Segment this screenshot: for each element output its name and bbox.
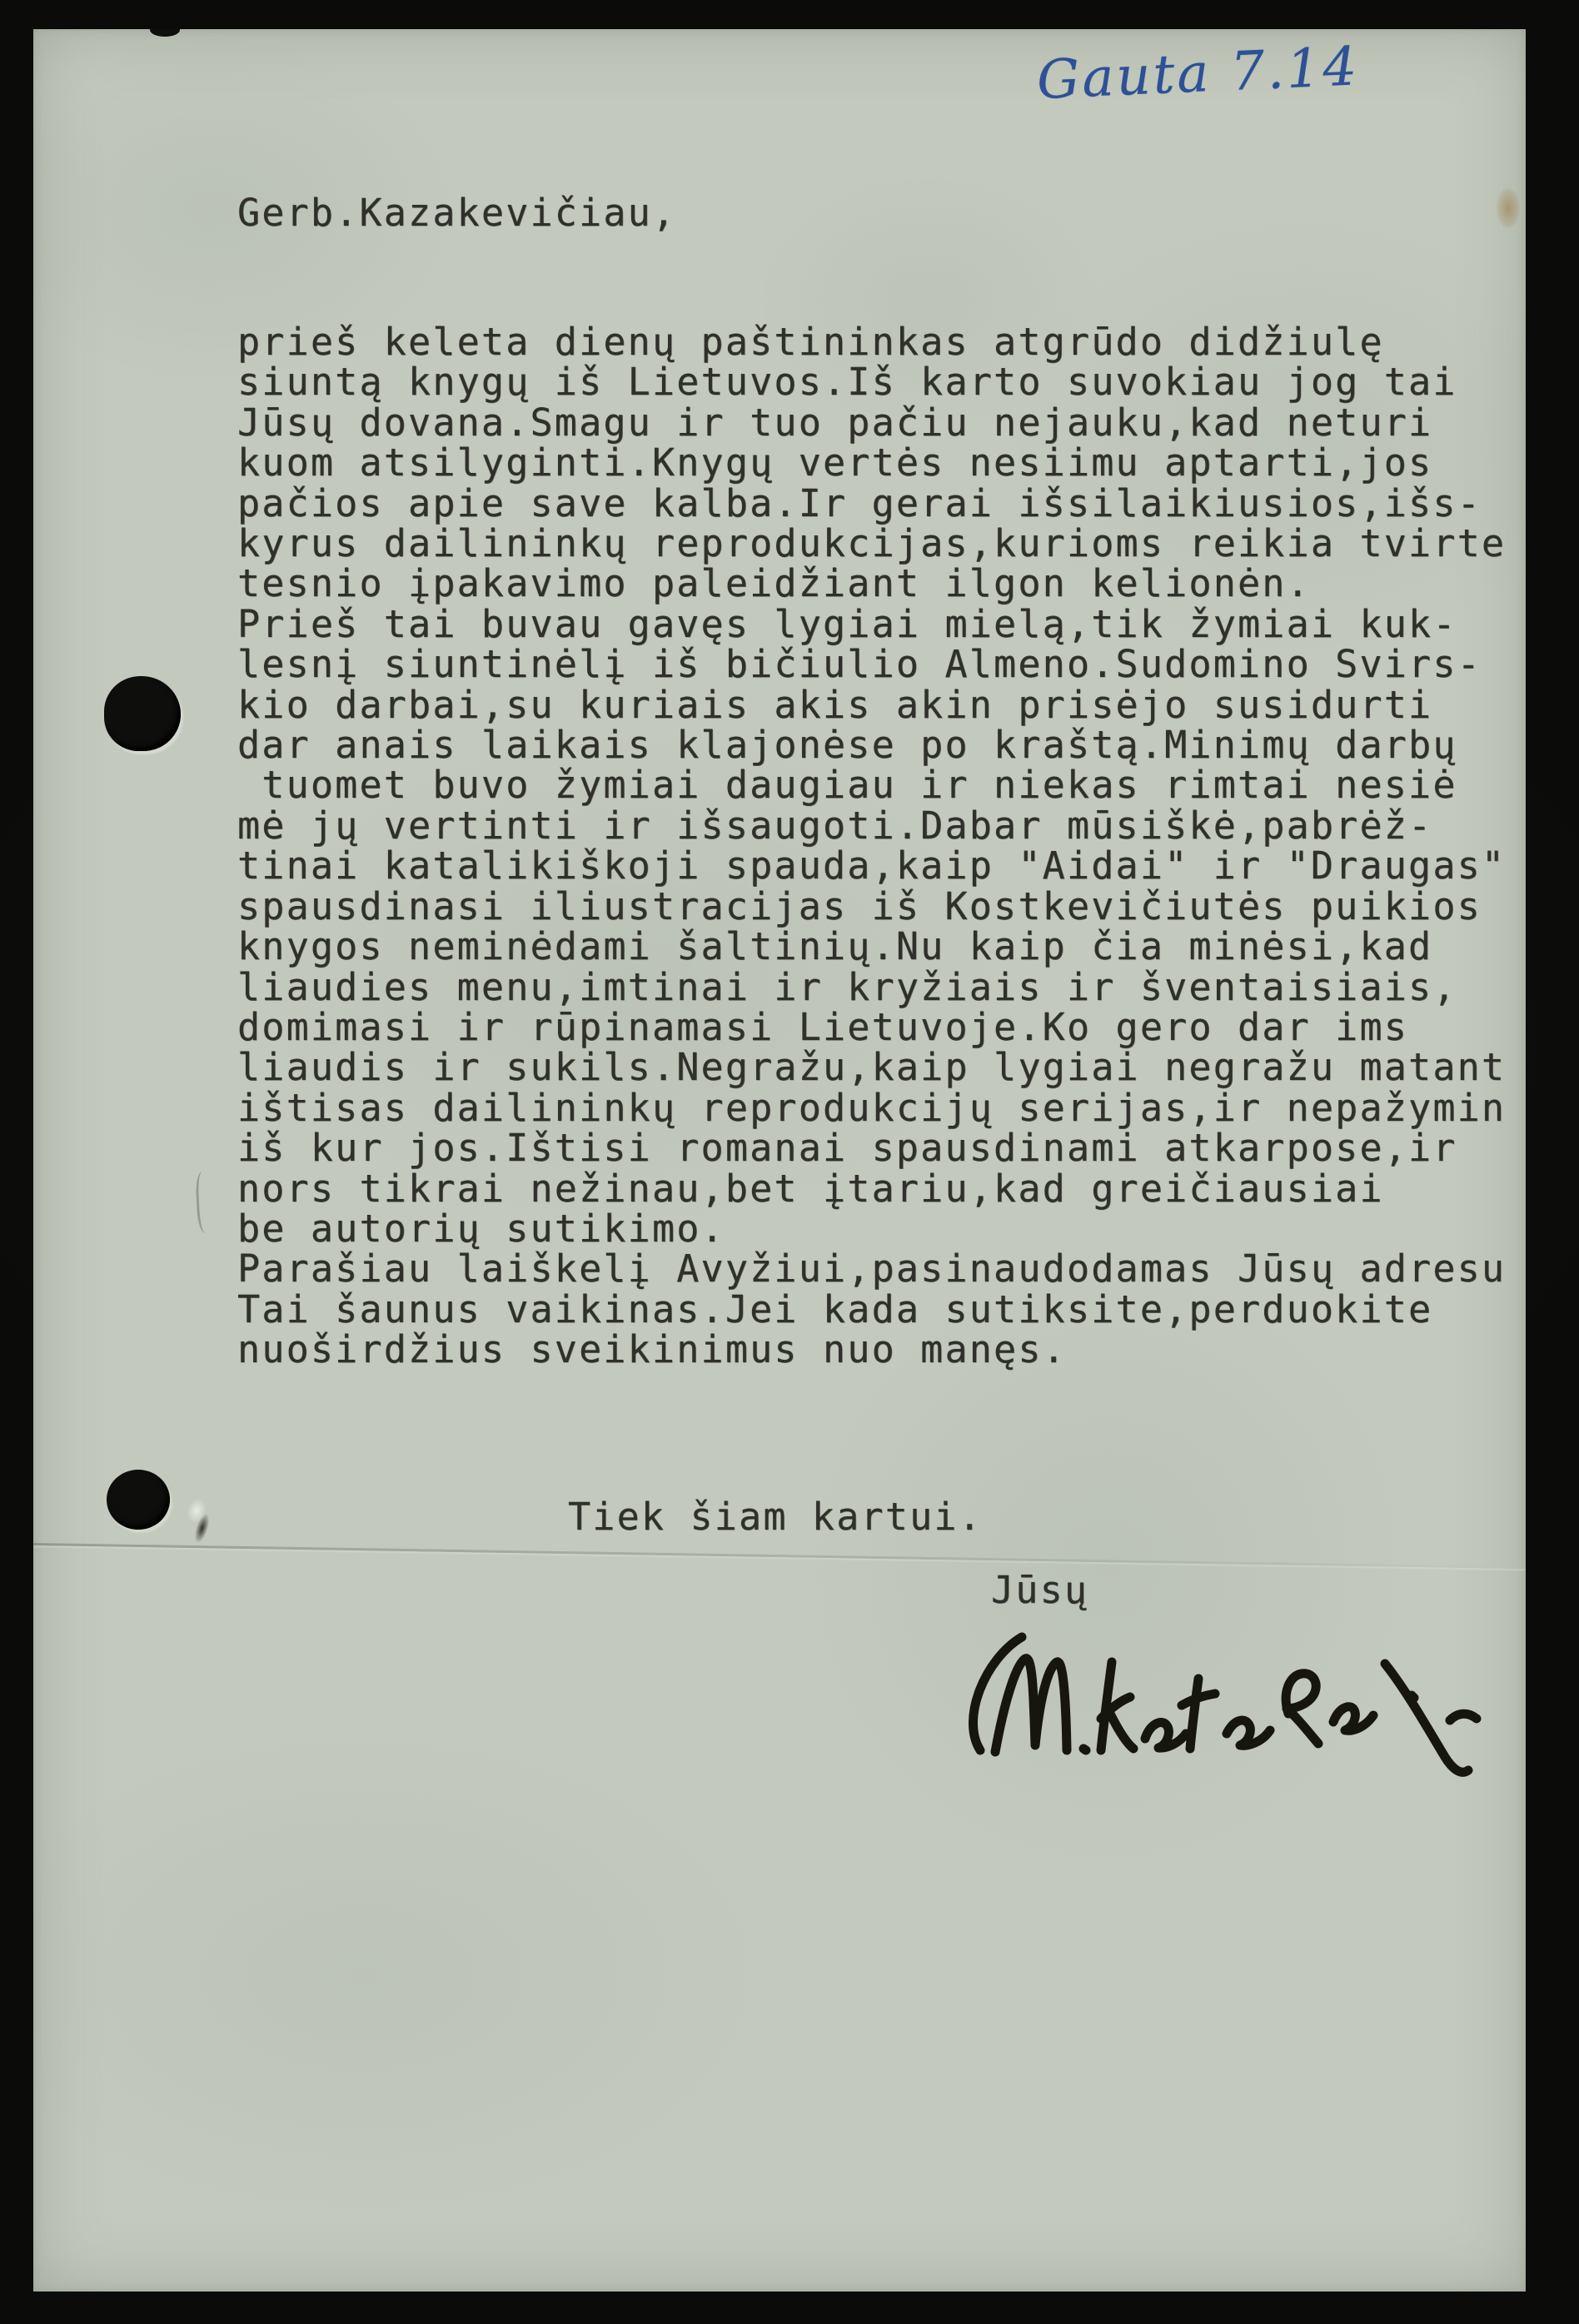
- letter-line: dar anais laikais klajonėse po kraštą.Mi…: [237, 725, 1506, 765]
- letter-page: Gauta 7.14 Gerb.Kazakevičiau, prieš kele…: [33, 29, 1526, 2292]
- letter-line: tinai katalikiškoji spauda,kaip "Aidai" …: [237, 846, 1506, 886]
- signature-stroke: [995, 1659, 1067, 1752]
- letter-line: kio darbai,su kuriais akis akin prisėjo …: [237, 685, 1506, 725]
- signature-stroke: [1083, 1749, 1086, 1750]
- letter-line: tesnio įpakavimo paleidžiant ilgon kelio…: [237, 564, 1506, 604]
- letter-line: be autorių sutikimo.: [237, 1209, 1506, 1249]
- signature-stroke: [1227, 1720, 1270, 1745]
- letter-line: nuoširdžius sveikinimus nuo manęs.: [237, 1330, 1506, 1370]
- letter-line: kyrus dailininkų reprodukcijas,kurioms r…: [237, 524, 1506, 564]
- letter-line: lesnį siuntinėlį iš bičiulio Almeno.Sudo…: [237, 644, 1506, 684]
- salutation: Gerb.Kazakevičiau,: [237, 193, 676, 233]
- letter-line: tuomet buvo žymiai daugiau ir niekas rim…: [237, 765, 1506, 805]
- punch-hole-top: [104, 676, 181, 751]
- letter-line: prieš keleta dienų paštininkas atgrūdo d…: [237, 322, 1506, 362]
- letter-line: pačios apie save kalba.Ir gerai išsilaik…: [237, 484, 1506, 524]
- signature-stroke: [1101, 1662, 1133, 1750]
- received-date-handwritten-note: Gauta 7.14: [1036, 35, 1388, 112]
- closing-line: Tiek šiam kartui.: [568, 1497, 983, 1537]
- paper-edge-notch: [150, 29, 180, 37]
- letter-line: siuntą knygų iš Lietuvos.Iš karto suvoki…: [237, 362, 1506, 402]
- signoff: Jūsų: [991, 1570, 1088, 1610]
- letter-line: iš kur jos.Ištisi romanai spausdinami at…: [237, 1128, 1506, 1168]
- letter-line: nors tikrai nežinau,bet įtariu,kad greič…: [237, 1169, 1506, 1209]
- letter-line: Prieš tai buvau gavęs lygiai mielą,tik ž…: [237, 605, 1506, 644]
- letter-line: mė jų vertinti ir išsaugoti.Dabar mūsišk…: [237, 806, 1506, 846]
- handwritten-signature: [945, 1615, 1520, 1794]
- letter-line: knygos neminėdami šaltinių.Nu kaip čia m…: [237, 927, 1506, 967]
- punch-hole-bottom: [107, 1470, 170, 1530]
- letter-line: ištisas dailininkų reprodukcijų serijas,…: [237, 1088, 1506, 1128]
- rust-stain: [1489, 177, 1526, 239]
- signature-stroke: [1333, 1707, 1373, 1731]
- letter-line: liaudies menu,imtinai ir kryžiais ir šve…: [237, 968, 1506, 1008]
- letter-line: liaudis ir sukils.Negražu,kaip lygiai ne…: [237, 1048, 1506, 1087]
- paper-tear: [176, 1495, 222, 1546]
- fold-crease: [33, 1543, 1526, 1569]
- signature-stroke: [1182, 1679, 1215, 1749]
- letter-line: spausdinasi iliustracijas iš Kostkevičiu…: [237, 887, 1506, 927]
- signature-stroke: [1412, 1695, 1414, 1698]
- letter-line: domimasi ir rūpinamasi Lietuvoje.Ko gero…: [237, 1008, 1506, 1048]
- letter-line: kuom atsilyginti.Knygų vertės nesiimu ap…: [237, 443, 1506, 483]
- signature-stroke: [1286, 1674, 1318, 1744]
- letter-line: Parašiau laiškelį Avyžiui,pasinaudodamas…: [237, 1249, 1506, 1289]
- letter-body: prieš keleta dienų paštininkas atgrūdo d…: [237, 322, 1506, 1371]
- signature-stroke: [1145, 1723, 1186, 1749]
- letter-line: Jūsų dovana.Smagu ir tuo pačiu nejauku,k…: [237, 403, 1506, 443]
- margin-pencil-mark: [195, 1172, 212, 1234]
- signature-stroke: [1450, 1714, 1477, 1720]
- letter-line: Tai šaunus vaikinas.Jei kada sutiksite,p…: [237, 1290, 1506, 1330]
